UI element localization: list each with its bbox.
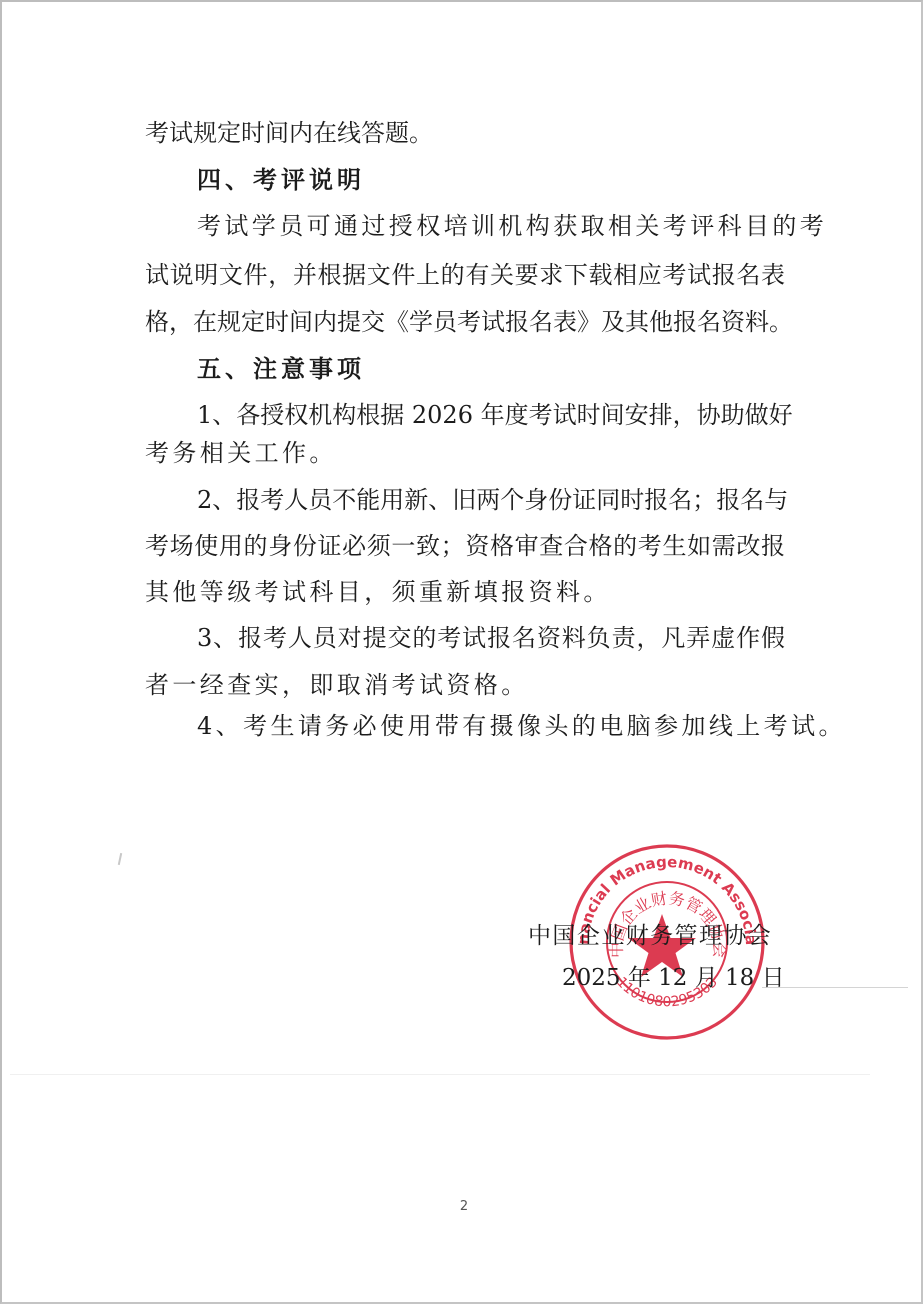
list-item-1-line: 考务相关工作。 [145,436,785,470]
paragraph-line: 格，在规定时间内提交《学员考试报名表》及其他报名资料。 [145,305,785,339]
document-page: 考试规定时间内在线答题。 四、考评说明 考试学员可通过授权培训机构获取相关考评科… [0,0,923,1304]
paragraph-line: 考试学员可通过授权培训机构获取相关考评科目的考 [197,209,785,243]
list-item-2-line: 其他等级考试科目，须重新填报资料。 [145,575,785,609]
page-number: 2 [454,1197,474,1217]
paragraph-line: 试说明文件，并根据文件上的有关要求下载相应考试报名表 [145,258,785,292]
list-item-4-line: 4、考生请务必使用带有摄像头的电脑参加线上考试。 [197,709,785,743]
signing-organization: 中国企业财务管理协会 [528,919,772,953]
list-item-2-line: 2、报考人员不能用新、旧两个身份证同时报名；报名与 [197,483,785,517]
section-heading-notes: 五、注意事项 [197,352,785,386]
signing-date: 2025 年 12 月 18 日 [562,961,762,995]
list-item-1-line: 1、各授权机构根据 2026 年度考试时间安排，协助做好 [197,398,785,432]
list-item-3-line: 3、报考人员对提交的考试报名资料负责，凡弄虚作假 [197,621,785,655]
scan-artifact-mark [118,853,122,865]
list-item-3-line: 者一经查实，即取消考试资格。 [145,668,785,702]
list-item-2-line: 考场使用的身份证必须一致；资格审查合格的考生如需改报 [145,529,785,563]
paragraph-line: 考试规定时间内在线答题。 [145,116,785,150]
section-heading-evaluation: 四、考评说明 [197,163,785,197]
scan-artifact-line [10,1074,870,1075]
